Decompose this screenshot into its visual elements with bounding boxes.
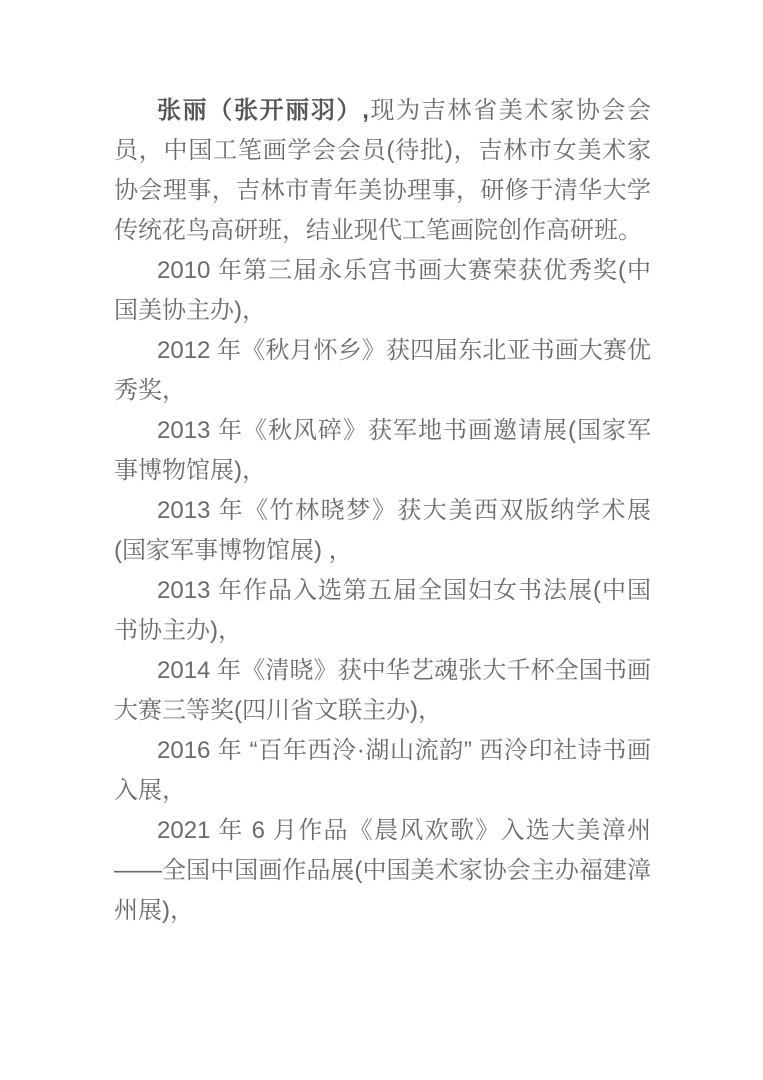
intro-paragraph: 张丽（张开丽羽）,现为吉林省美术家协会会员，中国工笔画学会会员(待批)，吉林市女… [114,91,651,251]
achievement-paragraph: 2014 年《清晓》获中华艺魂张大千杯全国书画大赛三等奖(四川省文联主办)， [114,651,651,731]
achievement-paragraph: 2012 年《秋月怀乡》获四届东北亚书画大赛优秀奖， [114,331,651,411]
achievement-paragraph: 2016 年 “百年西泠·湖山流韵” 西泠印社诗书画入展， [114,731,651,811]
achievement-paragraph: 2013 年《竹林晓梦》获大美西双版纳学术展(国家军事博物馆展) ， [114,491,651,571]
achievement-paragraph: 2021 年 6 月作品《晨风欢歌》入选大美漳州——全国中国画作品展(中国美术家… [114,811,651,931]
article-body: 张丽（张开丽羽）,现为吉林省美术家协会会员，中国工笔画学会会员(待批)，吉林市女… [114,91,651,931]
artist-name: 张丽（张开丽羽）, [157,97,369,124]
achievement-paragraph: 2010 年第三届永乐宫书画大赛荣获优秀奖(中国美协主办)， [114,251,651,331]
achievement-paragraph: 2013 年《秋风碎》获军地书画邀请展(国家军事博物馆展)， [114,411,651,491]
achievement-paragraph: 2013 年作品入选第五届全国妇女书法展(中国书协主办)， [114,571,651,651]
document-page: 张丽（张开丽羽）,现为吉林省美术家协会会员，中国工笔画学会会员(待批)，吉林市女… [0,0,763,1080]
